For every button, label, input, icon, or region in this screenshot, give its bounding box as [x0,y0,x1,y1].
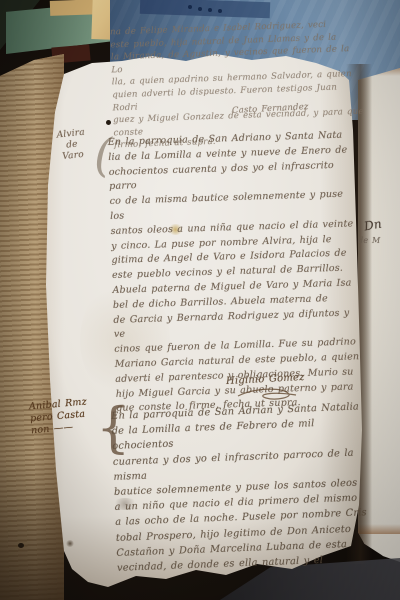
stitch-dot [218,9,222,13]
baptism-entry-alvira-body: En la parroquia de San Adriano y Santa N… [108,128,367,417]
stitch-dot [188,5,192,9]
ink-spot [106,120,111,125]
cloth-seam [140,0,270,18]
baptism-entry-cristobal-body: En la parroquia de San Adrian y Santa Na… [111,399,373,576]
photo-canvas: na de Felipe Miranda e Isabel Rodriguez,… [0,0,400,600]
stitch-dot [198,7,202,11]
stitch-dot [208,8,212,12]
margin-note-alvira-de-varo: Alvira de Varo [44,126,99,164]
fore-edge-bottom-shading [0,457,64,600]
right-page-text-fragment-small: de M [358,236,380,245]
foxing-spot [66,540,74,547]
fore-edge-speck [18,543,24,548]
